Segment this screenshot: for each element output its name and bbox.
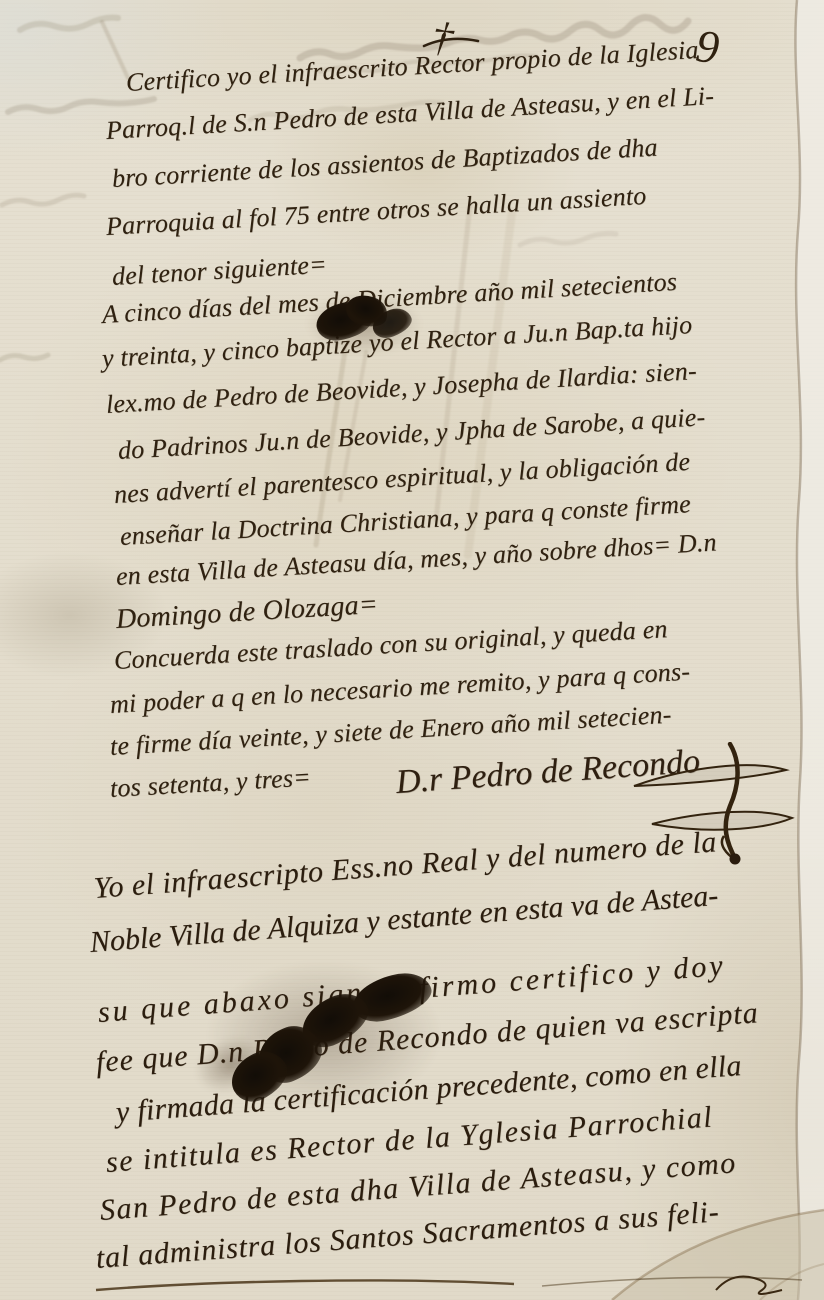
signature-rubric-icon [630,742,815,867]
manuscript-line: tos setenta, y tres= [109,762,312,804]
flourish-underline [96,1280,514,1290]
manuscript-line: Domingo de Olozaga= [115,589,379,636]
torn-edge [795,0,824,1300]
manuscript-line: Parroquia al fol 75 entre otros se halla… [105,181,647,242]
end-flourish [716,1277,782,1295]
manuscript-page: † 9 Certifico yo el infraescrito Rector … [0,0,824,1300]
manuscript-line: del tenor siguiente= [111,250,327,292]
flourish-underline [542,1277,802,1286]
